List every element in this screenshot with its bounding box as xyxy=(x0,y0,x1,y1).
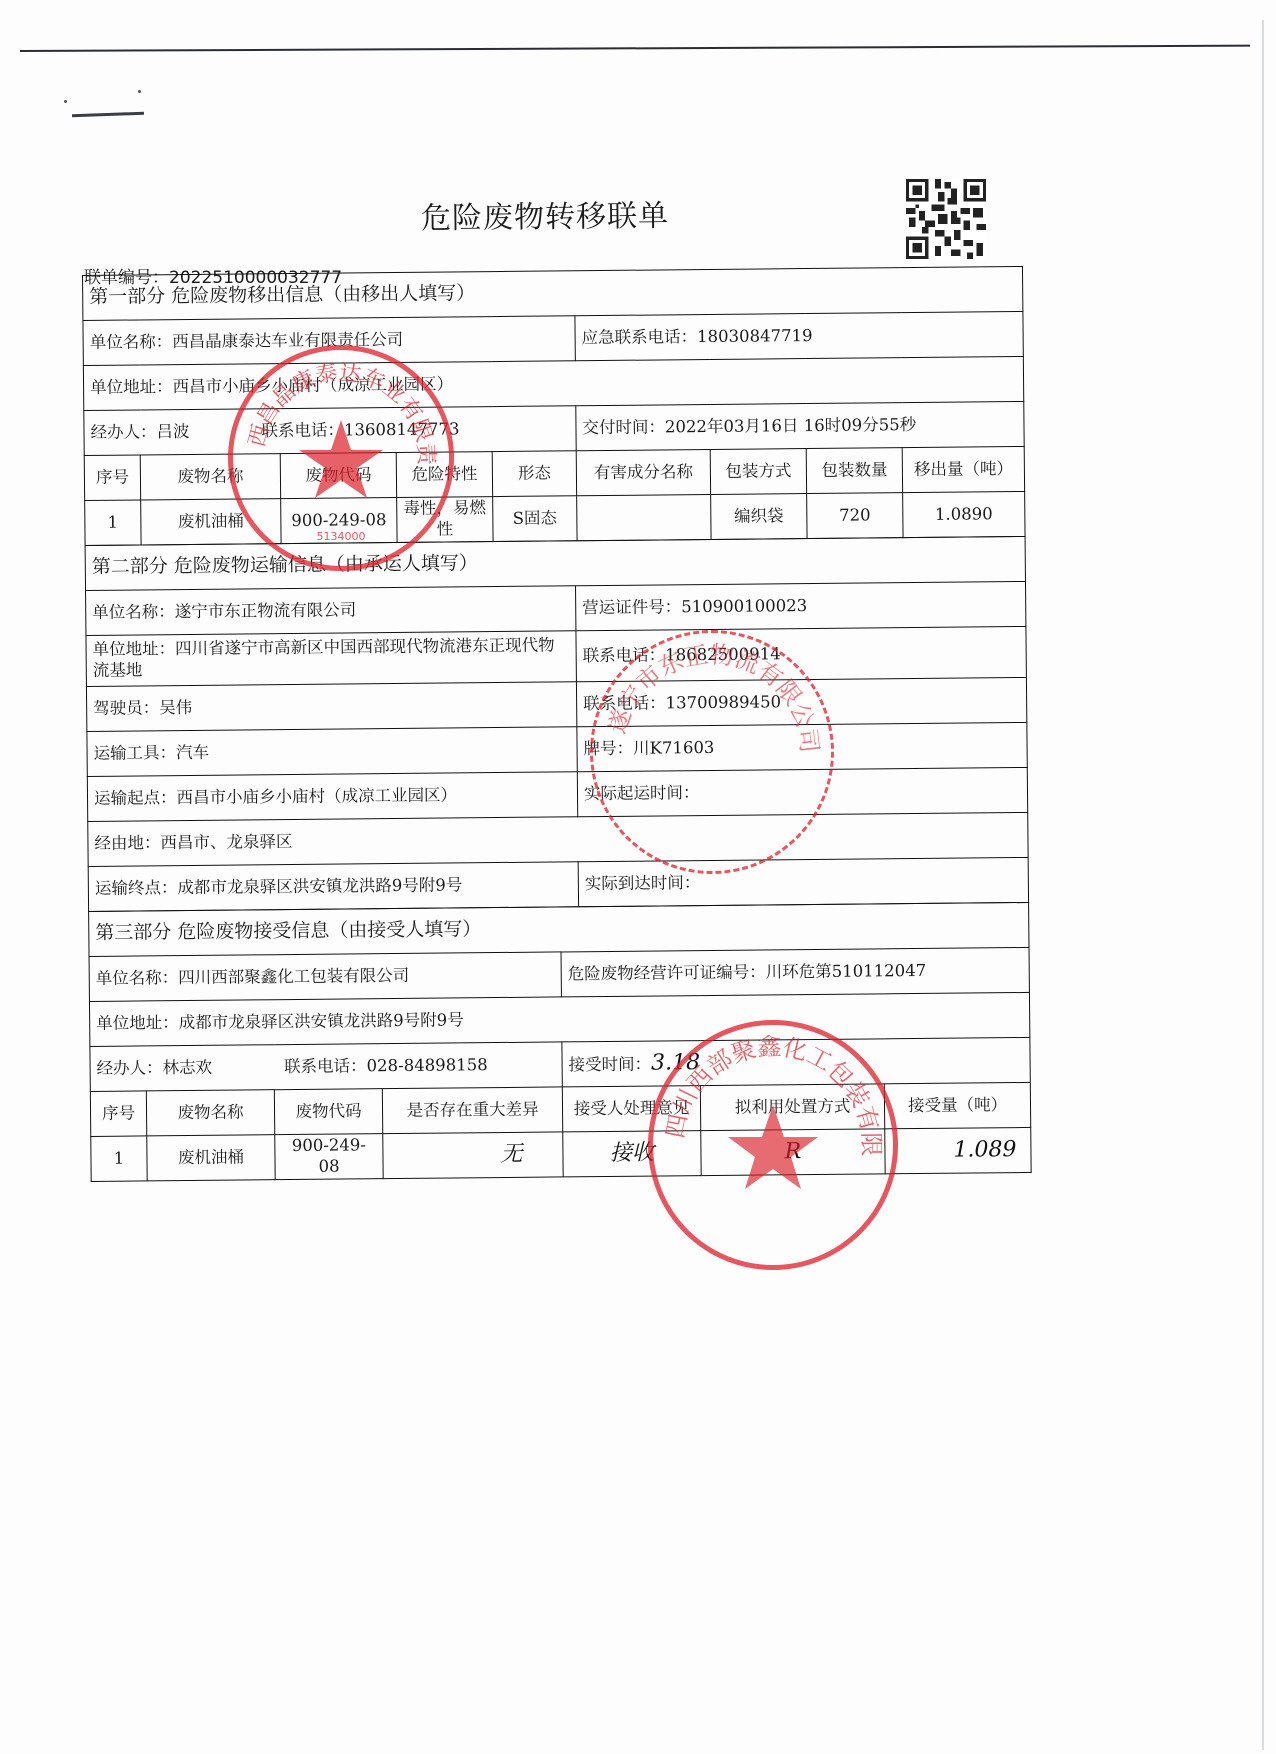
manifest-form: 第一部分 危险废物移出信息（由移出人填写） 单位名称：西昌晶康泰达车业有限责任公… xyxy=(82,266,1031,1182)
label: 营运证件号： xyxy=(582,597,681,617)
col-header: 接受人处理意见 xyxy=(562,1086,700,1132)
col-header: 接受量（吨） xyxy=(884,1082,1030,1128)
cell-package-count: 720 xyxy=(807,493,903,539)
label: 单位地址： xyxy=(96,1013,179,1033)
part3-unit-name: 单位名称：四川西部聚鑫化工包装有限公司 xyxy=(89,952,561,1002)
cell-hazard: 毒性，易燃性 xyxy=(397,497,493,543)
label: 单位地址： xyxy=(93,639,176,659)
cell-quantity: 1.0890 xyxy=(903,491,1026,537)
value: 西昌市小庙乡小庙村（成凉工业园区） xyxy=(172,374,453,396)
value: 林志欢 xyxy=(163,1057,213,1076)
col-header: 有害成分名称 xyxy=(576,449,710,495)
part2-driver: 驾驶员：吴伟 xyxy=(86,682,576,732)
label: 经由地： xyxy=(94,833,160,853)
value: 吴伟 xyxy=(159,698,192,717)
label: 单位名称： xyxy=(90,332,173,352)
col-header: 移出量（吨） xyxy=(902,446,1025,492)
cell-waste-code: 900-249-08 xyxy=(275,1134,383,1180)
label: 运输终点： xyxy=(95,878,178,898)
part2-license: 营运证件号：510900100023 xyxy=(576,581,1026,630)
scan-mark xyxy=(72,112,144,118)
part1-unit-name: 单位名称：西昌晶康泰达车业有限责任公司 xyxy=(83,316,575,366)
part2-plate: 牌号：川K71603 xyxy=(577,722,1027,771)
value: 18682500914 xyxy=(665,644,781,664)
cell-form: S固态 xyxy=(493,496,577,542)
part1-handler: 经办人：吕波联系电话：13608147773 xyxy=(84,406,576,456)
cell-opinion: 接收 xyxy=(563,1131,701,1177)
value: 成都市龙泉驿区洪安镇龙洪路9号附9号 xyxy=(179,1010,464,1032)
col-header: 序号 xyxy=(84,455,140,501)
part3-permit: 危险废物经营许可证编号：川环危第510112047 xyxy=(561,947,1029,996)
value: 遂宁市东正物流有限公司 xyxy=(175,600,357,621)
value: 川环危第510112047 xyxy=(766,961,927,982)
label: 单位名称： xyxy=(92,602,175,622)
value: 汽车 xyxy=(176,742,209,761)
value: 18030847719 xyxy=(697,326,813,346)
col-header: 是否存在重大差异 xyxy=(382,1087,562,1134)
label: 危险废物经营许可证编号： xyxy=(568,962,766,983)
handwritten-receive-time: 3.18 xyxy=(651,1050,700,1075)
qr-code-icon xyxy=(906,177,986,261)
label: 单位地址： xyxy=(90,377,173,397)
value: 2022年03月16日 16时09分55秒 xyxy=(665,415,916,436)
cell-index: 1 xyxy=(85,500,141,546)
value: 028-84898158 xyxy=(367,1055,488,1075)
handwritten-text: R xyxy=(785,1139,802,1164)
cell-packaging: 编织袋 xyxy=(711,494,807,540)
value: 吕波 xyxy=(156,422,189,441)
part2-arrival-time: 实际到达时间： xyxy=(578,857,1028,906)
label: 驾驶员： xyxy=(93,698,159,718)
col-header: 拟利用处置方式 xyxy=(700,1084,884,1131)
col-header: 序号 xyxy=(90,1091,146,1137)
part2-destination: 运输终点：成都市龙泉驿区洪安镇龙洪路9号附9号 xyxy=(88,862,578,912)
label: 交付时间： xyxy=(582,417,665,437)
label: 运输起点： xyxy=(94,788,177,808)
col-header: 危险特性 xyxy=(396,452,492,498)
scan-dot xyxy=(64,100,67,103)
col-header: 废物名称 xyxy=(140,454,280,500)
handwritten-text: 无 xyxy=(500,1142,522,1167)
label: 经办人： xyxy=(90,422,156,442)
scan-dot xyxy=(138,90,141,93)
part2-phone2: 联系电话：13700989450 xyxy=(576,677,1026,726)
col-header: 废物代码 xyxy=(274,1089,382,1135)
part3-table: 第三部分 危险废物接受信息（由接受人填写） 单位名称：四川西部聚鑫化工包装有限公… xyxy=(88,902,1032,1182)
label: 联系电话： xyxy=(284,1056,367,1076)
cell-received-quantity: 1.089 xyxy=(885,1127,1031,1173)
part2-origin: 运输起点：西昌市小庙乡小庙村（成凉工业园区） xyxy=(87,772,577,822)
col-header: 废物代码 xyxy=(280,452,396,498)
cell-major-difference: 无 xyxy=(383,1132,563,1179)
part3-handler: 经办人：林志欢联系电话：028-84898158 xyxy=(90,1042,562,1092)
table-row: 1 废机油桶 900-249-08 无 接收 R 1.089 xyxy=(91,1127,1031,1181)
col-header: 包装数量 xyxy=(806,448,902,494)
value: 西昌市、龙泉驿区 xyxy=(160,832,292,852)
value: 510900100023 xyxy=(681,596,807,616)
value: 西昌晶康泰达车业有限责任公司 xyxy=(172,330,403,351)
part1-delivery-time: 交付时间：2022年03月16日 16时09分55秒 xyxy=(576,401,1025,450)
label: 牌号： xyxy=(583,738,633,757)
cell-index: 1 xyxy=(91,1136,147,1182)
part3-receive-time: 接受时间：3.18 xyxy=(562,1037,1030,1086)
value: 川K71603 xyxy=(633,738,715,758)
part2-unit-address: 单位地址：四川省遂宁市高新区中国西部现代物流港东正现代物流基地 xyxy=(86,631,576,687)
cell-waste-name: 废机油桶 xyxy=(141,499,281,545)
part2-table: 第二部分 危险废物运输信息（由承运人填写） 单位名称：遂宁市东正物流有限公司 营… xyxy=(85,536,1029,912)
part2-unit-name: 单位名称：遂宁市东正物流有限公司 xyxy=(86,586,576,636)
label: 联系电话： xyxy=(583,693,666,713)
value: 西昌市小庙乡小庙村（成凉工业园区） xyxy=(176,785,457,807)
label: 经办人： xyxy=(97,1058,163,1078)
label: 联系电话： xyxy=(583,645,666,665)
label: 应急联系电话： xyxy=(582,327,698,347)
label: 实际起运时间： xyxy=(584,783,700,803)
paper-edge-right xyxy=(1262,20,1264,1750)
col-header: 废物名称 xyxy=(146,1090,274,1136)
cell-waste-code: 900-249-08 xyxy=(281,497,397,543)
label: 接受时间： xyxy=(569,1055,652,1075)
col-header: 包装方式 xyxy=(710,449,806,495)
handwritten-text: 接收 xyxy=(610,1141,654,1166)
part1-emergency-phone: 应急联系电话：18030847719 xyxy=(575,311,1024,360)
paper-edge xyxy=(20,45,1250,52)
cell-waste-name: 废机油桶 xyxy=(147,1135,275,1181)
cell-disposal-method: R xyxy=(701,1129,885,1176)
handwritten-text: 1.089 xyxy=(953,1137,1016,1163)
cell-harmful-component xyxy=(577,494,711,540)
value: 四川西部聚鑫化工包装有限公司 xyxy=(178,966,409,987)
label: 单位名称： xyxy=(96,968,179,988)
value: 13608147773 xyxy=(344,419,460,439)
value: 13700989450 xyxy=(666,692,782,712)
col-header: 形态 xyxy=(492,451,576,497)
part2-depart-time: 实际起运时间： xyxy=(577,767,1027,816)
label: 运输工具： xyxy=(93,743,176,763)
value: 成都市龙泉驿区洪安镇龙洪路9号附9号 xyxy=(177,875,462,897)
part2-vehicle: 运输工具：汽车 xyxy=(87,727,577,777)
label: 联系电话： xyxy=(261,420,344,440)
part2-phone1: 联系电话：18682500914 xyxy=(576,626,1026,681)
part1-table: 第一部分 危险废物移出信息（由移出人填写） 单位名称：西昌晶康泰达车业有限责任公… xyxy=(82,266,1026,546)
label: 实际到达时间： xyxy=(585,873,701,893)
